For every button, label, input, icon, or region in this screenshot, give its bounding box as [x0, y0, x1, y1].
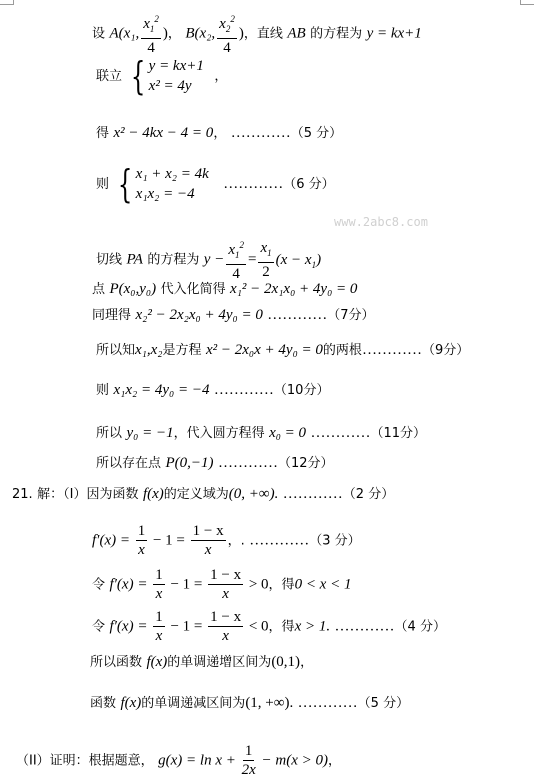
line-set-points: 设 A(x₁,x124)， B(x₂,x224)，直线 AB 的方程为 y = … [92, 10, 422, 57]
score-marker: （7分） [327, 308, 374, 323]
line-similarly: 同理得 x₂² − 2x₂x₀ + 4y₀ = 0 …………（7分） [92, 306, 375, 325]
watermark: www.2abc8.com [334, 215, 428, 229]
line-part-ii-proof: （II）证明：根据题意， g(x) = ln x + 12x − m(x > 0… [16, 742, 341, 779]
line-y0: 所以 y₀ = −1，代入圆方程得 x₀ = 0 …………（11分） [96, 424, 426, 443]
line-derivative: f′(x) = 1x − 1 = 1 − xx，. …………（3 分） [92, 522, 361, 559]
page-corner-mark-right [520, 0, 534, 5]
line-derivative-negative: 令 f′(x) = 1x − 1 = 1 − xx < 0，得x > 1. ……… [92, 608, 446, 645]
line-decreasing-interval: 函数 f(x)的单调递减区间为(1, +∞). …………（5 分） [90, 694, 409, 713]
line-derivative-positive: 令 f′(x) = 1x − 1 = 1 − xx > 0，得0 < x < 1 [92, 566, 351, 603]
line-roots: 所以知x₁,x₂是方程 x² − 2x₀x + 4y₀ = 0的两根…………（9… [96, 341, 469, 360]
page-corner-mark-left [0, 0, 14, 5]
problem-number: 21. [12, 487, 33, 502]
score-marker: （4 分） [395, 620, 446, 635]
line-substitute-p: 点 P(x₀,y₀) 代入化简得 x₁² − 2x₁x₀ + 4y₀ = 0 [92, 280, 357, 299]
score-marker: （6 分） [283, 177, 334, 192]
score-marker: （10分） [274, 383, 330, 398]
line-quadratic: 得 x² − 4kx − 4 = 0， …………（5 分） [96, 124, 342, 143]
line-product: 则 x₁x₂ = 4y₀ = −4 …………（10分） [96, 381, 329, 400]
line-exists-p: 所以存在点 P(0,−1) …………（12分） [96, 454, 334, 473]
line-tangent-pa: 切线 PA 的方程为 y −x124=x12(x − x1) [96, 236, 321, 283]
line-problem-21-domain: 21. 解：（I）因为函数 f(x)的定义域为(0, +∞). …………（2 分… [12, 485, 394, 504]
line-increasing-interval: 所以函数 f(x)的单调递增区间为(0,1)， [90, 653, 313, 672]
score-marker: （5 分） [358, 696, 409, 711]
score-marker: （3 分） [309, 534, 360, 549]
score-marker: （2 分） [343, 487, 394, 502]
equation-system: { x₁ + x₂ = 4kx₁x₂ = −4 [113, 164, 208, 204]
score-marker: （11分） [371, 426, 427, 441]
score-marker: （9分） [422, 343, 469, 358]
line-vieta: 则 { x₁ + x₂ = 4kx₁x₂ = −4 …………（6 分） [96, 164, 335, 204]
line-combine-system: 联立 { y = kx+1x² = 4y ， [96, 56, 227, 96]
score-marker: （12分） [278, 456, 334, 471]
equation-system: { y = kx+1x² = 4y [126, 56, 203, 96]
score-marker: （5 分） [291, 126, 342, 141]
